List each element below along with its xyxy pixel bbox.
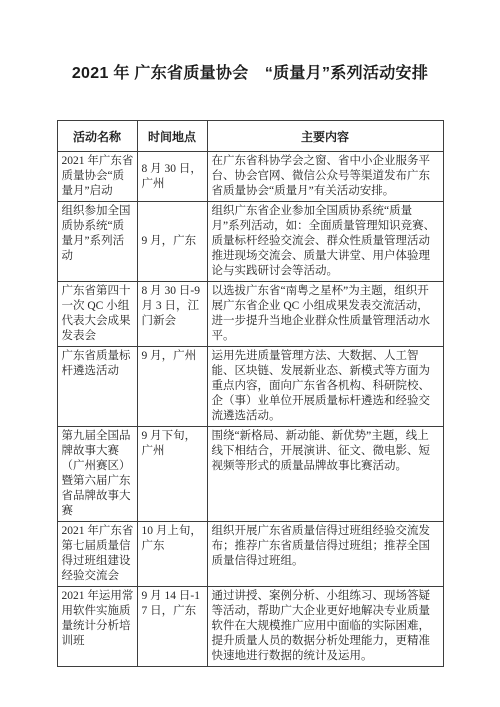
activity-name-cell: 广东省质量标杆遴选活动	[57, 347, 137, 427]
table-row: 2021 年广东省第七届质量信得过班组建设经验交流会10 月上旬，广东组织开展广…	[57, 522, 443, 587]
time-location-cell: 8 月 30 日-9 月 3 日，江门新会	[137, 282, 207, 347]
main-content-cell: 围绕“新格局、新动能、新优势”主题，线上线下相结合，开展演讲、征文、微电影、短视…	[207, 427, 443, 522]
table-row: 2021 年广东省质量协会“质量月”启动8 月 30 日，广州在广东省科协学会之…	[57, 152, 443, 202]
activity-name-cell: 2021 年广东省第七届质量信得过班组建设经验交流会	[57, 522, 137, 587]
main-content-cell: 在广东省科协学会之窗、省中小企业服务平台、协会官网、微信公众号等渠道发布广东省质…	[207, 152, 443, 202]
main-content-cell: 组织广东省企业参加全国质协系统“质量月”系列活动，如：全面质量管理知识竞赛、质量…	[207, 202, 443, 282]
table-row: 2021 年运用常用软件实施质量统计分析培训班9 月 14 日-17 日，广东通…	[57, 587, 443, 667]
activity-name-cell: 第九届全国品牌故事大赛（广州赛区）暨第六届广东省品牌故事大赛	[57, 427, 137, 522]
time-location-cell: 9 月下旬，广州	[137, 427, 207, 522]
time-location-cell: 9 月，广州	[137, 347, 207, 427]
table-row: 第九届全国品牌故事大赛（广州赛区）暨第六届广东省品牌故事大赛9 月下旬，广州围绕…	[57, 427, 443, 522]
main-content-cell: 运用先进质量管理方法、大数据、人工智能、区块链、发展新业态、新模式等方面为重点内…	[207, 347, 443, 427]
activity-name-cell: 2021 年运用常用软件实施质量统计分析培训班	[57, 587, 137, 667]
header-activity-name: 活动名称	[57, 121, 137, 152]
activity-name-cell: 2021 年广东省质量协会“质量月”启动	[57, 152, 137, 202]
main-content-cell: 通过讲授、案例分析、小组练习、现场答疑等活动，帮助广大企业更好地解决专业质量软件…	[207, 587, 443, 667]
table-body: 2021 年广东省质量协会“质量月”启动8 月 30 日，广州在广东省科协学会之…	[57, 152, 443, 667]
table-header-row: 活动名称 时间地点 主要内容	[57, 121, 443, 152]
document-page: 2021 年 广东省质量协会 “质量月”系列活动安排 活动名称 时间地点 主要内…	[0, 0, 500, 707]
activity-schedule-table: 活动名称 时间地点 主要内容 2021 年广东省质量协会“质量月”启动8 月 3…	[57, 120, 444, 667]
table-row: 组织参加全国质协系统“质量月”系列活动9 月，广东组织广东省企业参加全国质协系统…	[57, 202, 443, 282]
time-location-cell: 10 月上旬，广东	[137, 522, 207, 587]
header-main-content: 主要内容	[207, 121, 443, 152]
table-row: 广东省质量标杆遴选活动9 月，广州运用先进质量管理方法、大数据、人工智能、区块链…	[57, 347, 443, 427]
main-content-cell: 以选拔广东省“南粤之星杯”为主题，组织开展广东省企业 QC 小组成果发表交流活动…	[207, 282, 443, 347]
activity-name-cell: 广东省第四十一次 QC 小组代表大会成果发表会	[57, 282, 137, 347]
activity-name-cell: 组织参加全国质协系统“质量月”系列活动	[57, 202, 137, 282]
document-title: 2021 年 广东省质量协会 “质量月”系列活动安排	[0, 0, 500, 83]
header-time-location: 时间地点	[137, 121, 207, 152]
time-location-cell: 9 月 14 日-17 日，广东	[137, 587, 207, 667]
time-location-cell: 8 月 30 日，广州	[137, 152, 207, 202]
table-row: 广东省第四十一次 QC 小组代表大会成果发表会8 月 30 日-9 月 3 日，…	[57, 282, 443, 347]
main-content-cell: 组织开展广东省质量信得过班组经验交流发布；推荐广东省质量信得过班组；推荐全国质量…	[207, 522, 443, 587]
time-location-cell: 9 月，广东	[137, 202, 207, 282]
